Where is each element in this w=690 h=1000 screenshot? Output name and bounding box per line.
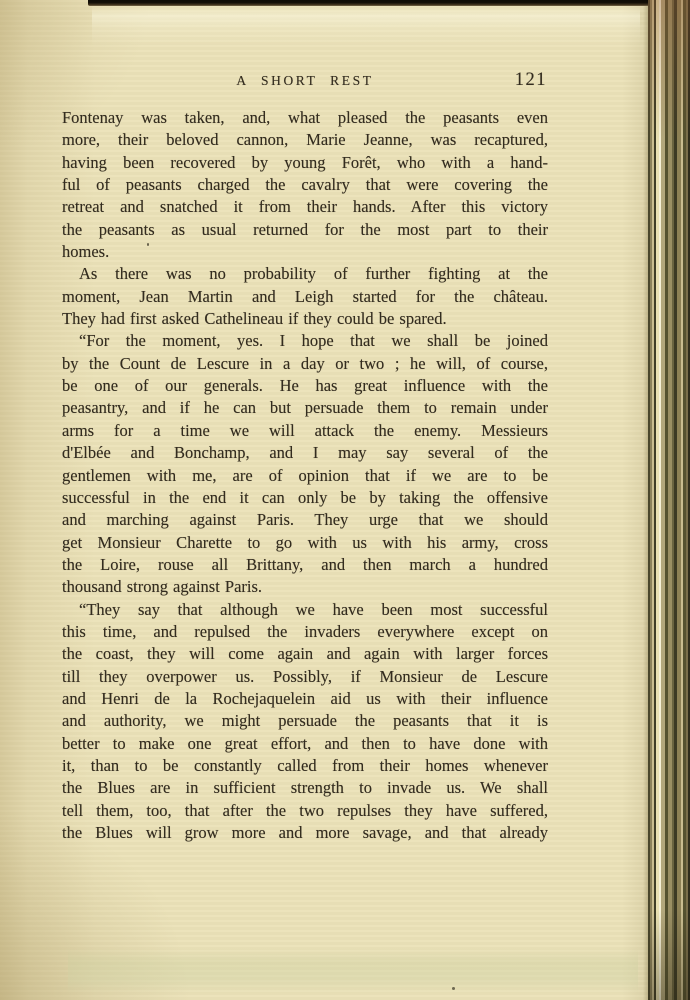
text-line: gentlemen with me, are of opinion that i… <box>62 465 548 487</box>
book-page-paper: A SHORT REST 121 Fontenay was taken, and… <box>0 0 648 1000</box>
text-line: be one of our generals. He has great inf… <box>62 375 548 397</box>
text-line: and authority, we might persuade the pea… <box>62 710 548 732</box>
text-line: and marching against Paris. They urge th… <box>62 509 548 531</box>
text-line: the Loire, rouse all Brittany, and then … <box>62 554 548 576</box>
text-line: and Henri de la Rochejaquelein aid us wi… <box>62 688 548 710</box>
paper-speck <box>452 987 455 990</box>
text-line: As there was no probability of further f… <box>62 263 548 285</box>
text-line: “They say that although we have been mos… <box>62 599 548 621</box>
book-cover-edge <box>88 0 690 6</box>
body-text: Fontenay was taken, and, what pleased th… <box>62 107 548 844</box>
text-line: thousand strong against Paris. <box>62 576 548 598</box>
text-line: it, than to be constantly called from th… <box>62 755 548 777</box>
text-line: the Blues are in sufficient strength to … <box>62 777 548 799</box>
text-line: better to make one great effort, and the… <box>62 733 548 755</box>
text-line: till they overpower us. Possibly, if Mon… <box>62 666 548 688</box>
page-edges-stack <box>648 0 690 1000</box>
text-line: They had first asked Cathelineau if they… <box>62 308 548 330</box>
page-header: A SHORT REST 121 <box>62 70 548 94</box>
text-line: the peasants as usual returned for the m… <box>62 219 548 241</box>
text-line: retreat and snatched it from their hands… <box>62 196 548 218</box>
text-line: successful in the end it can only be by … <box>62 487 548 509</box>
text-line: d'Elbée and Bonchamp, and I may say seve… <box>62 442 548 464</box>
page-number: 121 <box>515 70 547 91</box>
text-line: the coast, they will come again and agai… <box>62 643 548 665</box>
text-line: moment, Jean Martin and Leigh started fo… <box>62 286 548 308</box>
text-line: more, their beloved cannon, Marie Jeanne… <box>62 129 548 151</box>
paper-shadow-band <box>68 948 638 994</box>
text-line: get Monsieur Charette to go with us with… <box>62 532 548 554</box>
running-title: A SHORT REST <box>62 73 548 89</box>
text-line: “For the moment, yes. I hope that we sha… <box>62 330 548 352</box>
paper-light-streak <box>92 6 640 46</box>
text-line: homes. <box>62 241 548 263</box>
text-line: Fontenay was taken, and, what pleased th… <box>62 107 548 129</box>
text-line: ful of peasants charged the cavalry that… <box>62 174 548 196</box>
text-line: this time, and repulsed the invaders eve… <box>62 621 548 643</box>
text-line: peasantry, and if he can but persuade th… <box>62 397 548 419</box>
text-line: the Blues will grow more and more savage… <box>62 822 548 844</box>
text-line: tell them, too, that after the two repul… <box>62 800 548 822</box>
text-line: arms for a time we will attack the enemy… <box>62 420 548 442</box>
text-line: by the Count de Lescure in a day or two … <box>62 353 548 375</box>
text-line: having been recovered by young Forêt, wh… <box>62 152 548 174</box>
paper-speck <box>147 243 149 246</box>
